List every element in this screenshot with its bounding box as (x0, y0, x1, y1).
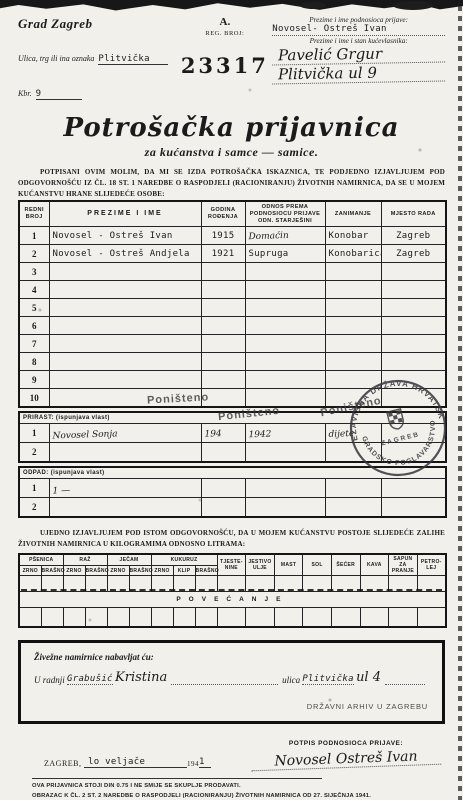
row-num: 2 (19, 498, 49, 518)
footer-year-prefix: 194 (187, 760, 199, 768)
group-kukuruz: KUKURUZ (151, 554, 217, 565)
col-tjestenine: TJESTE-NINE (217, 554, 246, 576)
supplies-group-header-row: PŠENICA RAŽ JEČAM KUKURUZ TJESTE-NINE JE… (19, 554, 446, 565)
signature-label: POTPIS PODNOSIOCA PRIJAVE: (251, 740, 441, 747)
member-relation (245, 353, 325, 371)
member-relation: Supruga (245, 245, 325, 263)
col-mast: MAST (274, 554, 303, 576)
house-number-value: 9 (36, 89, 82, 100)
stamp-center-text: ZAGREB (381, 431, 421, 447)
street-value: Plitvička (98, 54, 168, 65)
scanned-document-page: Grad Zagreb Ulica, trg ili ina oznaka Pl… (0, 0, 463, 800)
col-header-year: GODINA ROĐENJA (201, 201, 245, 227)
member-name: Novosel - Ostreš Ivan (49, 227, 201, 245)
member-relation (245, 281, 325, 299)
sub-brasno: BRAŠNO (129, 566, 151, 576)
shop-radnji-label: U radnji (34, 675, 65, 685)
odpad-relation (245, 479, 325, 498)
table-row: 2 Novosel - Ostreš Andjela 1921 Supruga … (19, 245, 446, 263)
col-header-workplace: MJESTO RADA (381, 201, 446, 227)
row-num: 2 (19, 245, 49, 263)
stamp-coat-of-arms (387, 409, 405, 431)
supply-cell (360, 608, 389, 628)
shop-name-typed: Grabušić (67, 674, 113, 685)
odpad-name (49, 498, 201, 518)
supplies-table-wrapper: PŠENICA RAŽ JEČAM KUKURUZ TJESTE-NINE JE… (18, 553, 445, 628)
dotted-leader (385, 674, 425, 685)
member-year (201, 317, 245, 335)
supply-cell (85, 608, 107, 628)
footer-year-suffix: 1 (199, 757, 211, 768)
form-title: Potrošačka prijavnica (18, 113, 445, 143)
fine-print-block: OVA PRIJAVNICA STOJI DIN 0.75 I NE SMIJE… (18, 778, 445, 800)
supply-cell (19, 608, 41, 628)
member-relation (245, 317, 325, 335)
supply-cell (63, 608, 85, 628)
member-name (49, 353, 201, 371)
supply-cell (331, 608, 360, 628)
household-members-table: REDNI BROJ PREZIME I IME GODINA ROĐENJA … (18, 200, 447, 409)
form-section-letter: A. (177, 16, 272, 28)
member-workplace (381, 335, 446, 353)
member-year: 1921 (201, 245, 245, 263)
row-num: 10 (19, 389, 49, 408)
group-raz: RAŽ (63, 554, 107, 565)
member-name (49, 263, 201, 281)
member-relation-handwritten: Domaćin (245, 226, 326, 247)
odpad-mark-handwritten: 1 — (49, 476, 202, 500)
odpad-relation (245, 498, 325, 518)
row-num: 1 (19, 424, 49, 443)
member-workplace (381, 281, 446, 299)
table-row: 4 (19, 281, 446, 299)
row-num: 2 (19, 443, 49, 463)
member-occupation (325, 299, 381, 317)
member-year (201, 263, 245, 281)
shop-ulica-label: ulica (282, 675, 300, 685)
sub-zrno: ZRNO (151, 566, 173, 576)
member-name (49, 299, 201, 317)
sub-brasno: BRAŠNO (41, 566, 63, 576)
supply-cell (151, 608, 173, 628)
member-year (201, 281, 245, 299)
member-occupation (325, 281, 381, 299)
member-relation (245, 263, 325, 281)
supply-cell (195, 608, 217, 628)
supply-cell (417, 608, 446, 628)
odpad-workplace (381, 498, 446, 518)
col-petrolej: PETRO-LEJ (417, 554, 446, 576)
house-number-label: Kbr. (18, 89, 32, 98)
table-row: 3 (19, 263, 446, 281)
shop-title: Živežne namirnice nabavljat ću: (34, 652, 429, 662)
odpad-workplace (381, 479, 446, 498)
supplies-declaration: UJEDNO IZJAVLJUJEM POD ISTOM ODGOVORNOŠĆ… (18, 528, 445, 549)
registration-number-label: REG. BROJ: (177, 30, 272, 37)
member-workplace: Zagreb (381, 227, 446, 245)
dotted-leader (171, 674, 278, 685)
supply-cell (129, 608, 151, 628)
member-relation (245, 335, 325, 353)
supply-cell (217, 608, 246, 628)
row-num: 1 (19, 227, 49, 245)
supply-cell (246, 608, 275, 628)
col-header-relation: ODNOS PREMA PODNOSIOCU PRIJAVE ODN. STAR… (245, 201, 325, 227)
supply-cell (274, 608, 303, 628)
sub-brasno: BRAŠNO (85, 566, 107, 576)
street-label: Ulica, trg ili ina oznaka (18, 54, 94, 63)
shop-line: U radnji Grabušić Kristina ulica Plitvič… (34, 670, 429, 685)
member-year (201, 335, 245, 353)
odpad-year (201, 498, 245, 518)
shop-street-handwritten: ul 4 (356, 670, 381, 685)
member-workplace (381, 353, 446, 371)
col-sapun: SAPUN ZA PRANJE (389, 554, 418, 576)
fine-print-line-1: OVA PRIJAVNICA STOJI DIN 0.75 I NE SMIJE… (32, 782, 445, 792)
member-occupation: Konobar (325, 227, 381, 245)
col-jestivo-ulje: JESTIVO ULJE (246, 554, 275, 576)
member-workplace (381, 317, 446, 335)
prirast-relation-handwritten: 1942 (245, 423, 326, 445)
col-header-num: REDNI BROJ (19, 201, 49, 227)
supply-cell (173, 608, 195, 628)
member-workplace (381, 299, 446, 317)
applicant-label: Prezime i ime podnosioca prijave: (272, 16, 445, 24)
member-relation (245, 371, 325, 389)
row-num: 6 (19, 317, 49, 335)
sub-klip: KLIP (173, 566, 195, 576)
shop-name-handwritten: Kristina (115, 670, 167, 685)
member-relation (245, 299, 325, 317)
table-header-row: REDNI BROJ PREZIME I IME GODINA ROĐENJA … (19, 201, 446, 227)
member-occupation: Konobarica (325, 245, 381, 263)
footer-date-value: lo veljače (84, 757, 187, 768)
group-psenica: PŠENICA (19, 554, 63, 565)
table-row: 2 (19, 498, 446, 518)
supplies-increase-values-row (19, 608, 446, 628)
col-header-occupation: ZANIMANJE (325, 201, 381, 227)
divider-line (32, 778, 322, 779)
city-title: Grad Zagreb (18, 16, 177, 32)
member-year (201, 299, 245, 317)
table-row: 1 Novosel - Ostreš Ivan 1915 Domaćin Kon… (19, 227, 446, 245)
supply-cell (389, 608, 418, 628)
row-num: 1 (19, 479, 49, 498)
member-workplace: Zagreb (381, 245, 446, 263)
shop-street-typed: Plitvička (302, 674, 353, 685)
declaration-paragraph: POTPISANI OVIM MOLIM, DA MI SE IZDA POTR… (18, 167, 445, 200)
registration-number-value: 23317 (177, 53, 272, 78)
table-row: 8 (19, 353, 446, 371)
row-num: 9 (19, 371, 49, 389)
row-num: 5 (19, 299, 49, 317)
prirast-name-handwritten: Novosel Sonja (49, 421, 202, 445)
member-name (49, 335, 201, 353)
supply-cell (303, 608, 332, 628)
member-occupation (325, 353, 381, 371)
povecanje-row: POVEĆANJE (19, 592, 446, 608)
povecanje-label: POVEĆANJE (19, 592, 446, 608)
table-row: 5 (19, 299, 446, 317)
prirast-relation (245, 443, 325, 463)
member-occupation (325, 335, 381, 353)
sub-brasno: BRAŠNO (195, 566, 217, 576)
member-year: 1915 (201, 227, 245, 245)
supply-cell (107, 608, 129, 628)
col-secer: ŠEĆER (331, 554, 360, 576)
col-sol: SOL (303, 554, 332, 576)
prirast-year-handwritten: 194 (201, 423, 246, 444)
col-header-name: PREZIME I IME (49, 201, 201, 227)
archive-stamp-text: DRŽAVNI ARHIV U ZAGREBU (307, 702, 428, 711)
sub-zrno: ZRNO (63, 566, 85, 576)
member-year (201, 371, 245, 389)
row-num: 7 (19, 335, 49, 353)
member-occupation (325, 317, 381, 335)
table-row: 7 (19, 335, 446, 353)
sub-zrno: ZRNO (107, 566, 129, 576)
form-subtitle: za kućanstva i samce — samice. (18, 145, 445, 160)
row-num: 4 (19, 281, 49, 299)
member-workplace (381, 263, 446, 281)
col-kava: KAVA (360, 554, 389, 576)
table-row: 6 (19, 317, 446, 335)
odpad-occupation (325, 498, 381, 518)
form-footer: ZAGREB, lo veljače 1941 POTPIS PODNOSIOC… (18, 740, 445, 768)
member-name (49, 317, 201, 335)
shop-box: Živežne namirnice nabavljat ću: U radnji… (18, 640, 445, 724)
signature-handwritten: Novosel Ostreš Ivan (251, 748, 441, 772)
dashed-strike-line (21, 589, 442, 591)
member-occupation (325, 263, 381, 281)
prirast-year (201, 443, 245, 463)
member-name (49, 371, 201, 389)
sub-zrno: ZRNO (19, 566, 41, 576)
member-name: Novosel - Ostreš Andjela (49, 245, 201, 263)
group-jecam: JEČAM (107, 554, 151, 565)
row-num: 8 (19, 353, 49, 371)
odpad-year (201, 479, 245, 498)
member-name (49, 281, 201, 299)
prirast-name (49, 443, 201, 463)
member-year (201, 353, 245, 371)
form-title-block: Potrošačka prijavnica za kućanstva i sam… (18, 113, 445, 160)
footer-city-label: ZAGREB, (44, 759, 82, 768)
member-relation (245, 389, 325, 408)
landlord-address-handwritten: Plitvička ul 9 (272, 62, 445, 84)
fine-print-line-2: OBRAZAC K ČL. 2 ST. 2 NAREDBE O RASPODJE… (32, 792, 445, 800)
supply-cell (41, 608, 63, 628)
applicant-name: Novosel- Ostreš Ivan (272, 24, 445, 36)
form-header: Grad Zagreb Ulica, trg ili ina oznaka Pl… (18, 16, 445, 101)
row-num: 3 (19, 263, 49, 281)
